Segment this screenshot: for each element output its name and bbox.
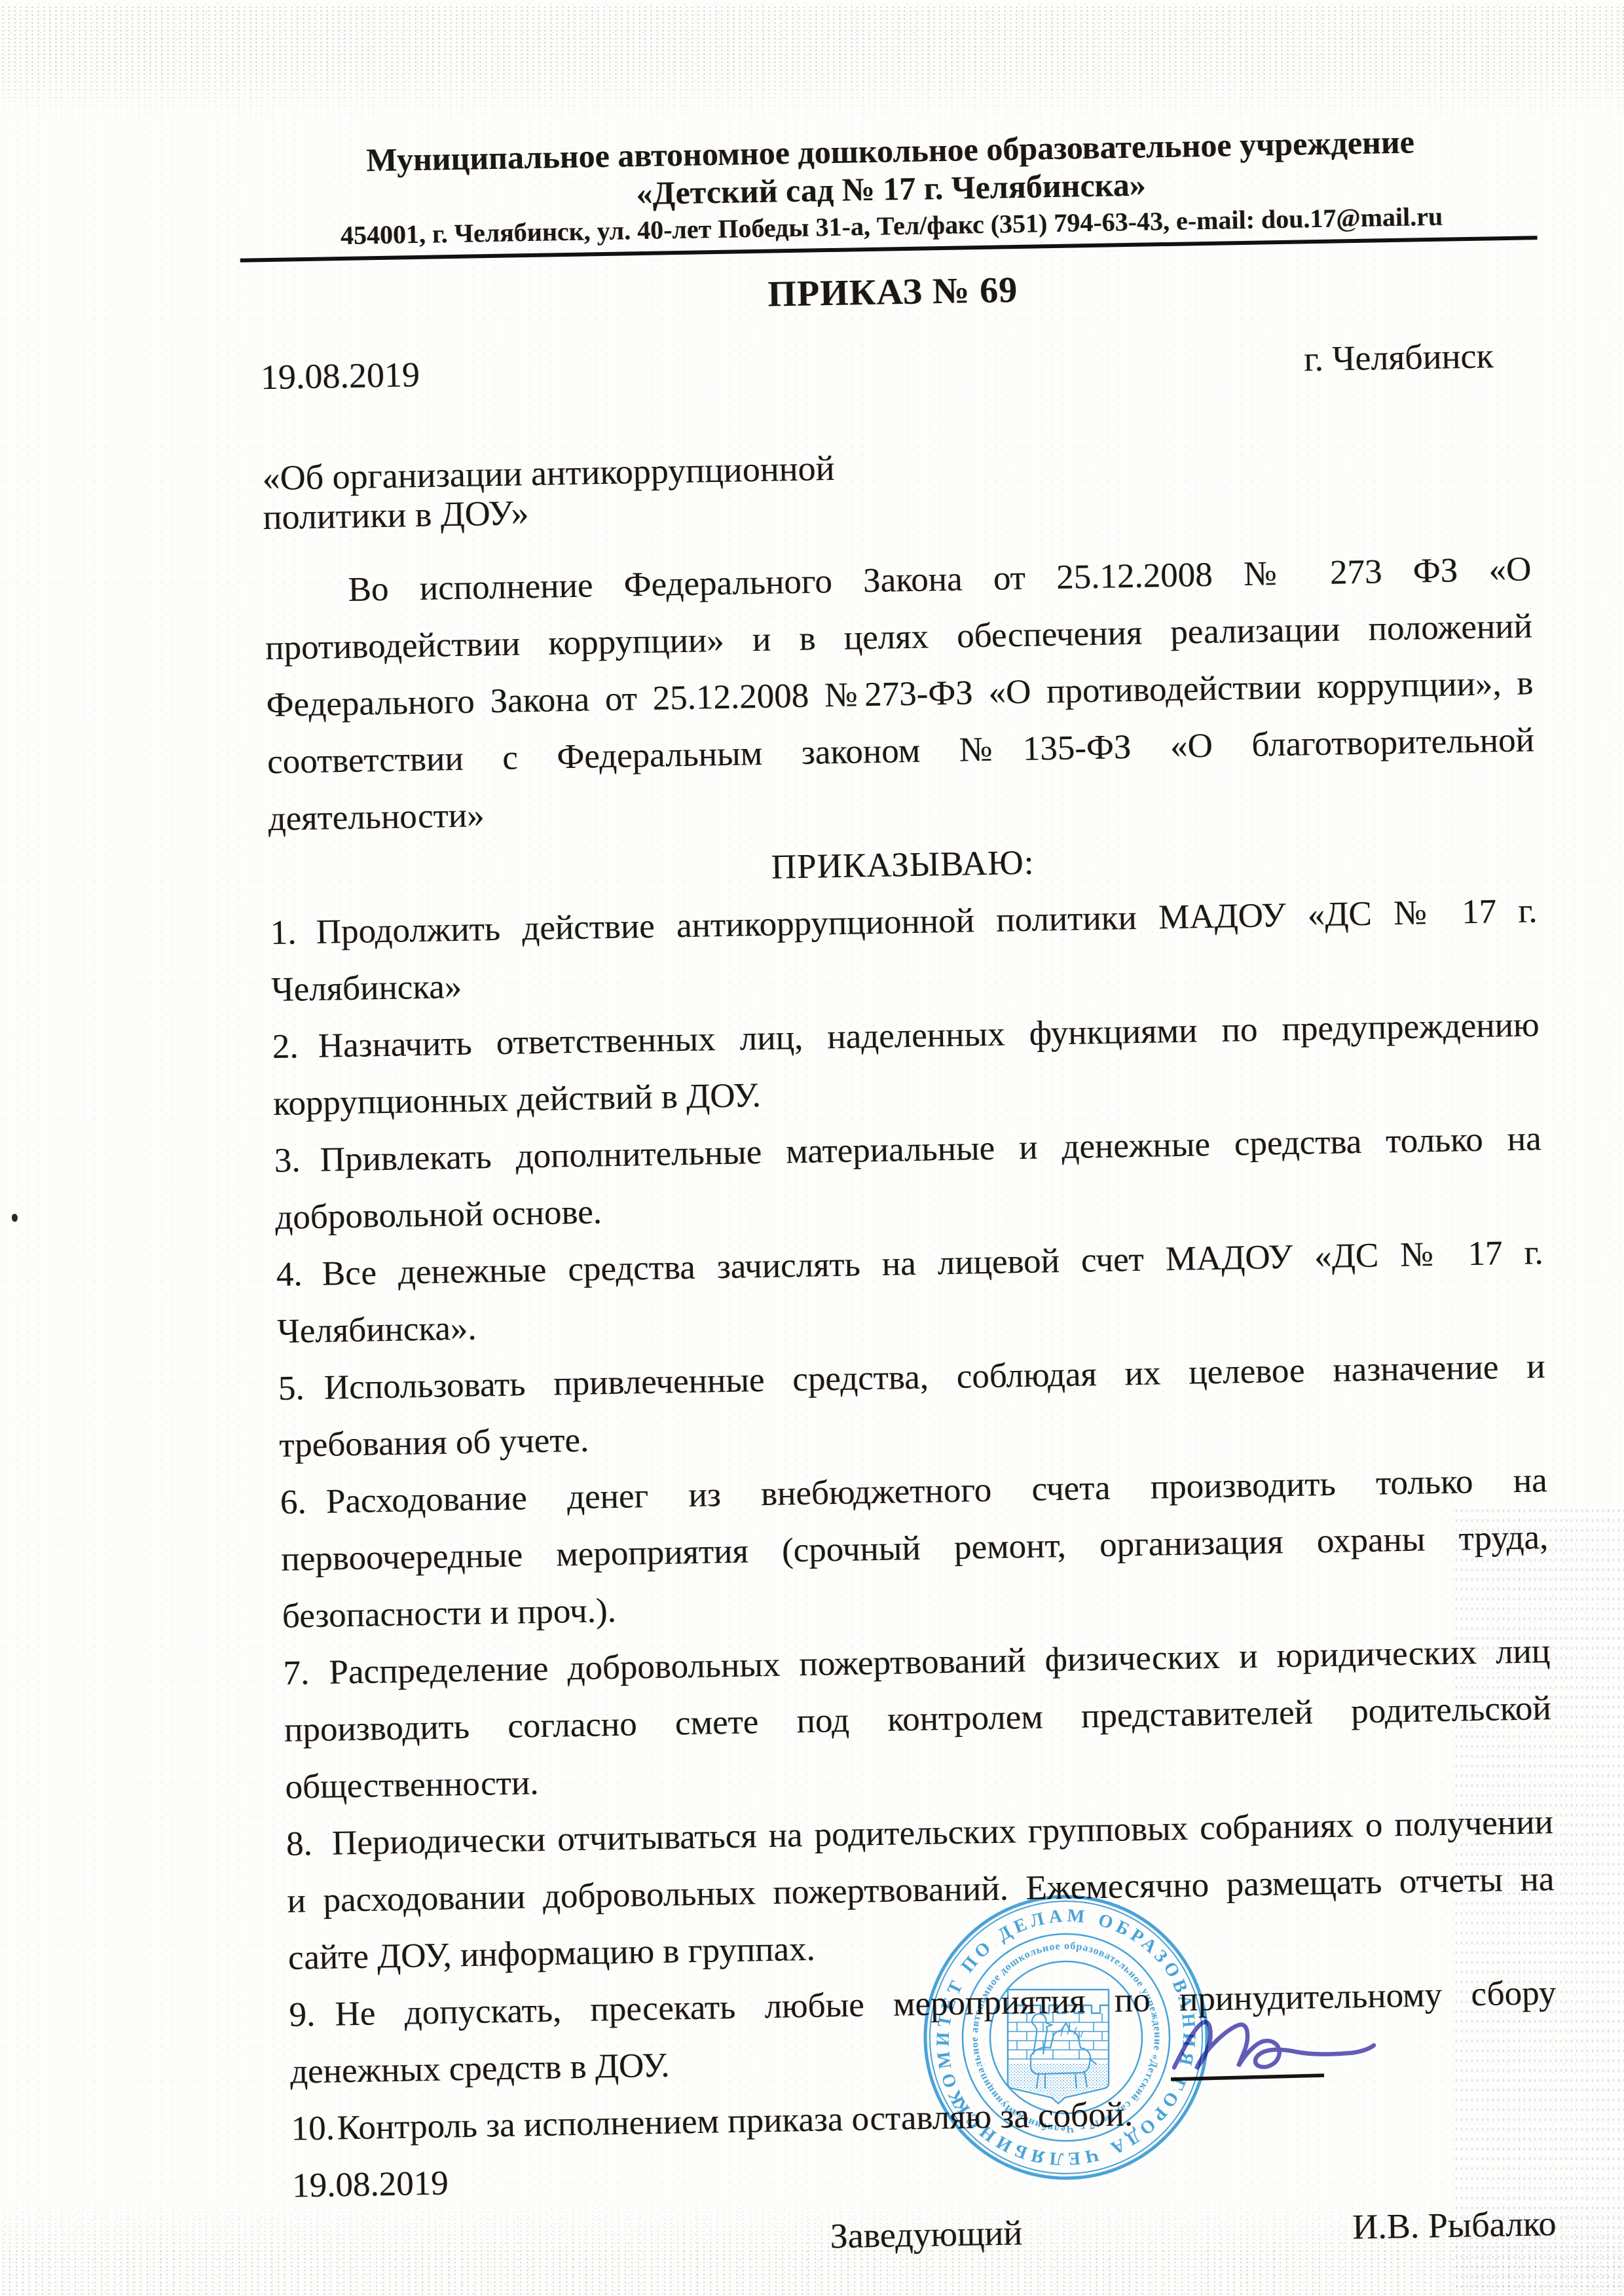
order-date: 19.08.2019 [260,356,420,395]
wall-crenellation [1008,2005,1108,2013]
item-number: 6. [280,1474,327,1531]
order-item: 1.Продолжить действие антикоррупционной … [270,883,1539,1019]
scanned-order-page: { "document": { "header": { "org_line1":… [0,0,1624,2296]
signature-stroke [1174,2022,1374,2069]
order-item: 3.Привлекать дополнительные материальные… [274,1110,1543,1247]
wall-bricks [1008,2013,1109,2059]
signature-line [1171,2075,1324,2079]
item-text: Расходование денег из внебюджетного счет… [281,1461,1549,1635]
item-text: Периодически отчитываться на родительски… [287,1803,1555,1977]
ground-stipple [1009,2064,1107,2101]
order-item: 4.Все денежные средства зачислять на лиц… [276,1224,1545,1360]
item-text: Назначить ответственных лиц, наделенных … [273,1006,1540,1123]
item-text: Использовать привлеченные средства, собл… [279,1347,1545,1465]
margin-speck [12,1214,18,1222]
item-text: Все денежные средства зачислять на лицев… [277,1233,1543,1351]
item-number: 4. [276,1246,323,1303]
order-city: г. Челябинск [1304,337,1494,377]
date-city-row: 19.08.2019 г. Челябинск [260,337,1528,395]
item-number: 10. [291,2100,338,2158]
order-item: 6.Расходование денег из внебюджетного сч… [280,1452,1549,1645]
order-preamble: Во исполнение Федерального Закона от 25.… [264,541,1536,848]
order-items: 1.Продолжить действие антикоррупционной … [270,883,1559,2157]
stamp-middle-ring [963,1934,1170,2141]
item-number: 1. [270,904,317,962]
item-number: 9. [289,1986,336,2044]
signature-row: Заведующий И.В. Рыбалко [293,2204,1560,2265]
item-number: 7. [283,1645,330,1702]
order-item: 8.Периодически отчитываться на родительс… [286,1794,1555,1987]
order-document: Муниципальное автономное дошкольное обра… [257,120,1560,2264]
order-item: 2.Назначить ответственных лиц, наделенны… [272,996,1541,1133]
signer-position: Заведующий [830,2214,1023,2255]
item-number: 5. [278,1360,325,1417]
scan-noise-top [0,5,1624,120]
signer-name: И.В. Рыбалко [1352,2204,1557,2246]
item-text: Продолжить действие антикоррупционной по… [271,892,1538,1009]
chelyabinsk-coat-of-arms-icon [1008,1990,1109,2104]
item-text: Распределение добровольных пожертвований… [284,1632,1552,1806]
item-number: 3. [274,1132,321,1190]
order-subject: «Об организации антикоррупционной полити… [262,436,1530,537]
order-item: 5.Использовать привлеченные средства, со… [278,1338,1547,1474]
item-number: 2. [272,1018,319,1076]
item-text: Привлекать дополнительные материальные и… [275,1120,1541,1237]
handwritten-signature-icon [1156,1997,1405,2095]
item-number: 8. [286,1815,333,1873]
order-title: ПРИКАЗ № 69 [259,262,1526,322]
order-item: 7.Распределение добровольных пожертвован… [283,1623,1553,1816]
